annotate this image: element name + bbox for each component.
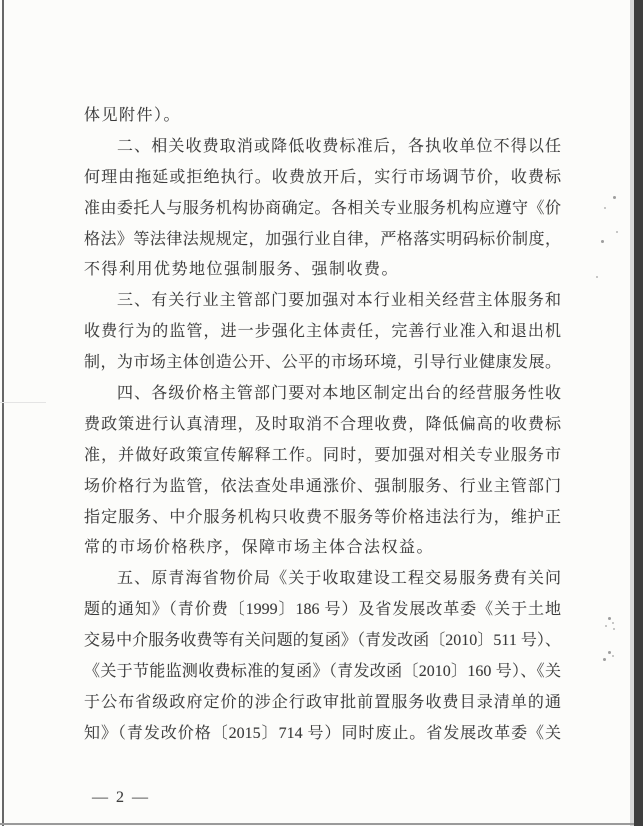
scan-speck	[608, 617, 611, 620]
body-line: 题的通知》（青价费〔1999〕186 号）及省发展改革委《关于土地	[84, 595, 561, 626]
scan-speck	[604, 207, 606, 209]
body-line: 《关于节能监测收费标准的复函》（青发改函〔2010〕160 号）、《关	[84, 657, 561, 688]
document-body: 体见附件）。 二、相关收费取消或降低收费标准后，各执收单位不得以任 何理由拖延或…	[84, 101, 561, 750]
body-line: 场价格行为监管，依法查处串通涨价、强制服务、行业主管部门	[84, 472, 561, 503]
body-line: 准由委托人与服务机构协商确定。各相关专业服务机构应遵守《价	[84, 194, 561, 225]
scan-speck	[613, 196, 616, 199]
scan-speck	[613, 628, 615, 630]
page-number: — 2 —	[92, 789, 150, 807]
body-line: 制，为市场主体创造公开、公平的市场环境，引导行业健康发展。	[84, 348, 561, 379]
scan-edge-left-line	[2, 0, 4, 826]
scan-speck	[612, 655, 614, 657]
scan-speck	[596, 276, 598, 278]
scan-edge-right-band	[634, 0, 643, 826]
body-line: 知》（青发改价格〔2015〕714 号）同时废止。省发展改革委《关	[84, 719, 561, 750]
body-line: 二、相关收费取消或降低收费标准后，各执收单位不得以任	[84, 132, 561, 163]
body-line: 指定服务、中介服务机构只收费不服务等价格违法行为，维护正	[84, 503, 561, 534]
body-line: 三、有关行业主管部门要加强对本行业相关经营主体服务和	[84, 286, 561, 317]
body-line: 收费行为的监管，进一步强化主体责任，完善行业准入和退出机	[84, 317, 561, 348]
body-line: 五、原青海省物价局《关于收取建设工程交易服务费有关问	[84, 564, 561, 595]
scan-speck	[603, 658, 606, 661]
scan-artifact-line	[0, 402, 46, 403]
body-line: 费政策进行认真清理，及时取消不合理收费，降低偏高的收费标	[84, 410, 561, 441]
body-line: 不得利用优势地位强制服务、强制收费。	[84, 255, 561, 286]
scan-speck	[616, 231, 618, 233]
scan-speck	[608, 651, 611, 654]
body-line: 交易中介服务收费等有关问题的复函》（青发改函〔2010〕511 号）、	[84, 626, 561, 657]
scan-speck	[605, 625, 607, 627]
body-line: 准，并做好政策宣传解释工作。同时，要加强对相关专业服务市	[84, 441, 561, 472]
scan-speck	[612, 622, 614, 624]
scan-edge-bottom-line	[0, 823, 643, 825]
scanned-document-page: 体见附件）。 二、相关收费取消或降低收费标准后，各执收单位不得以任 何理由拖延或…	[0, 0, 643, 826]
scan-speck	[601, 240, 604, 243]
body-line: 体见附件）。	[84, 101, 561, 132]
body-line: 四、各级价格主管部门要对本地区制定出台的经营服务性收	[84, 379, 561, 410]
body-line: 格法》等法律法规规定，加强行业自律，严格落实明码标价制度，	[84, 225, 561, 256]
body-line: 何理由拖延或拒绝执行。收费放开后，实行市场调节价，收费标	[84, 163, 561, 194]
body-line: 于公布省级政府定价的涉企行政审批前置服务收费目录清单的通	[84, 688, 561, 719]
body-line: 常的市场价格秩序，保障市场主体合法权益。	[84, 533, 561, 564]
